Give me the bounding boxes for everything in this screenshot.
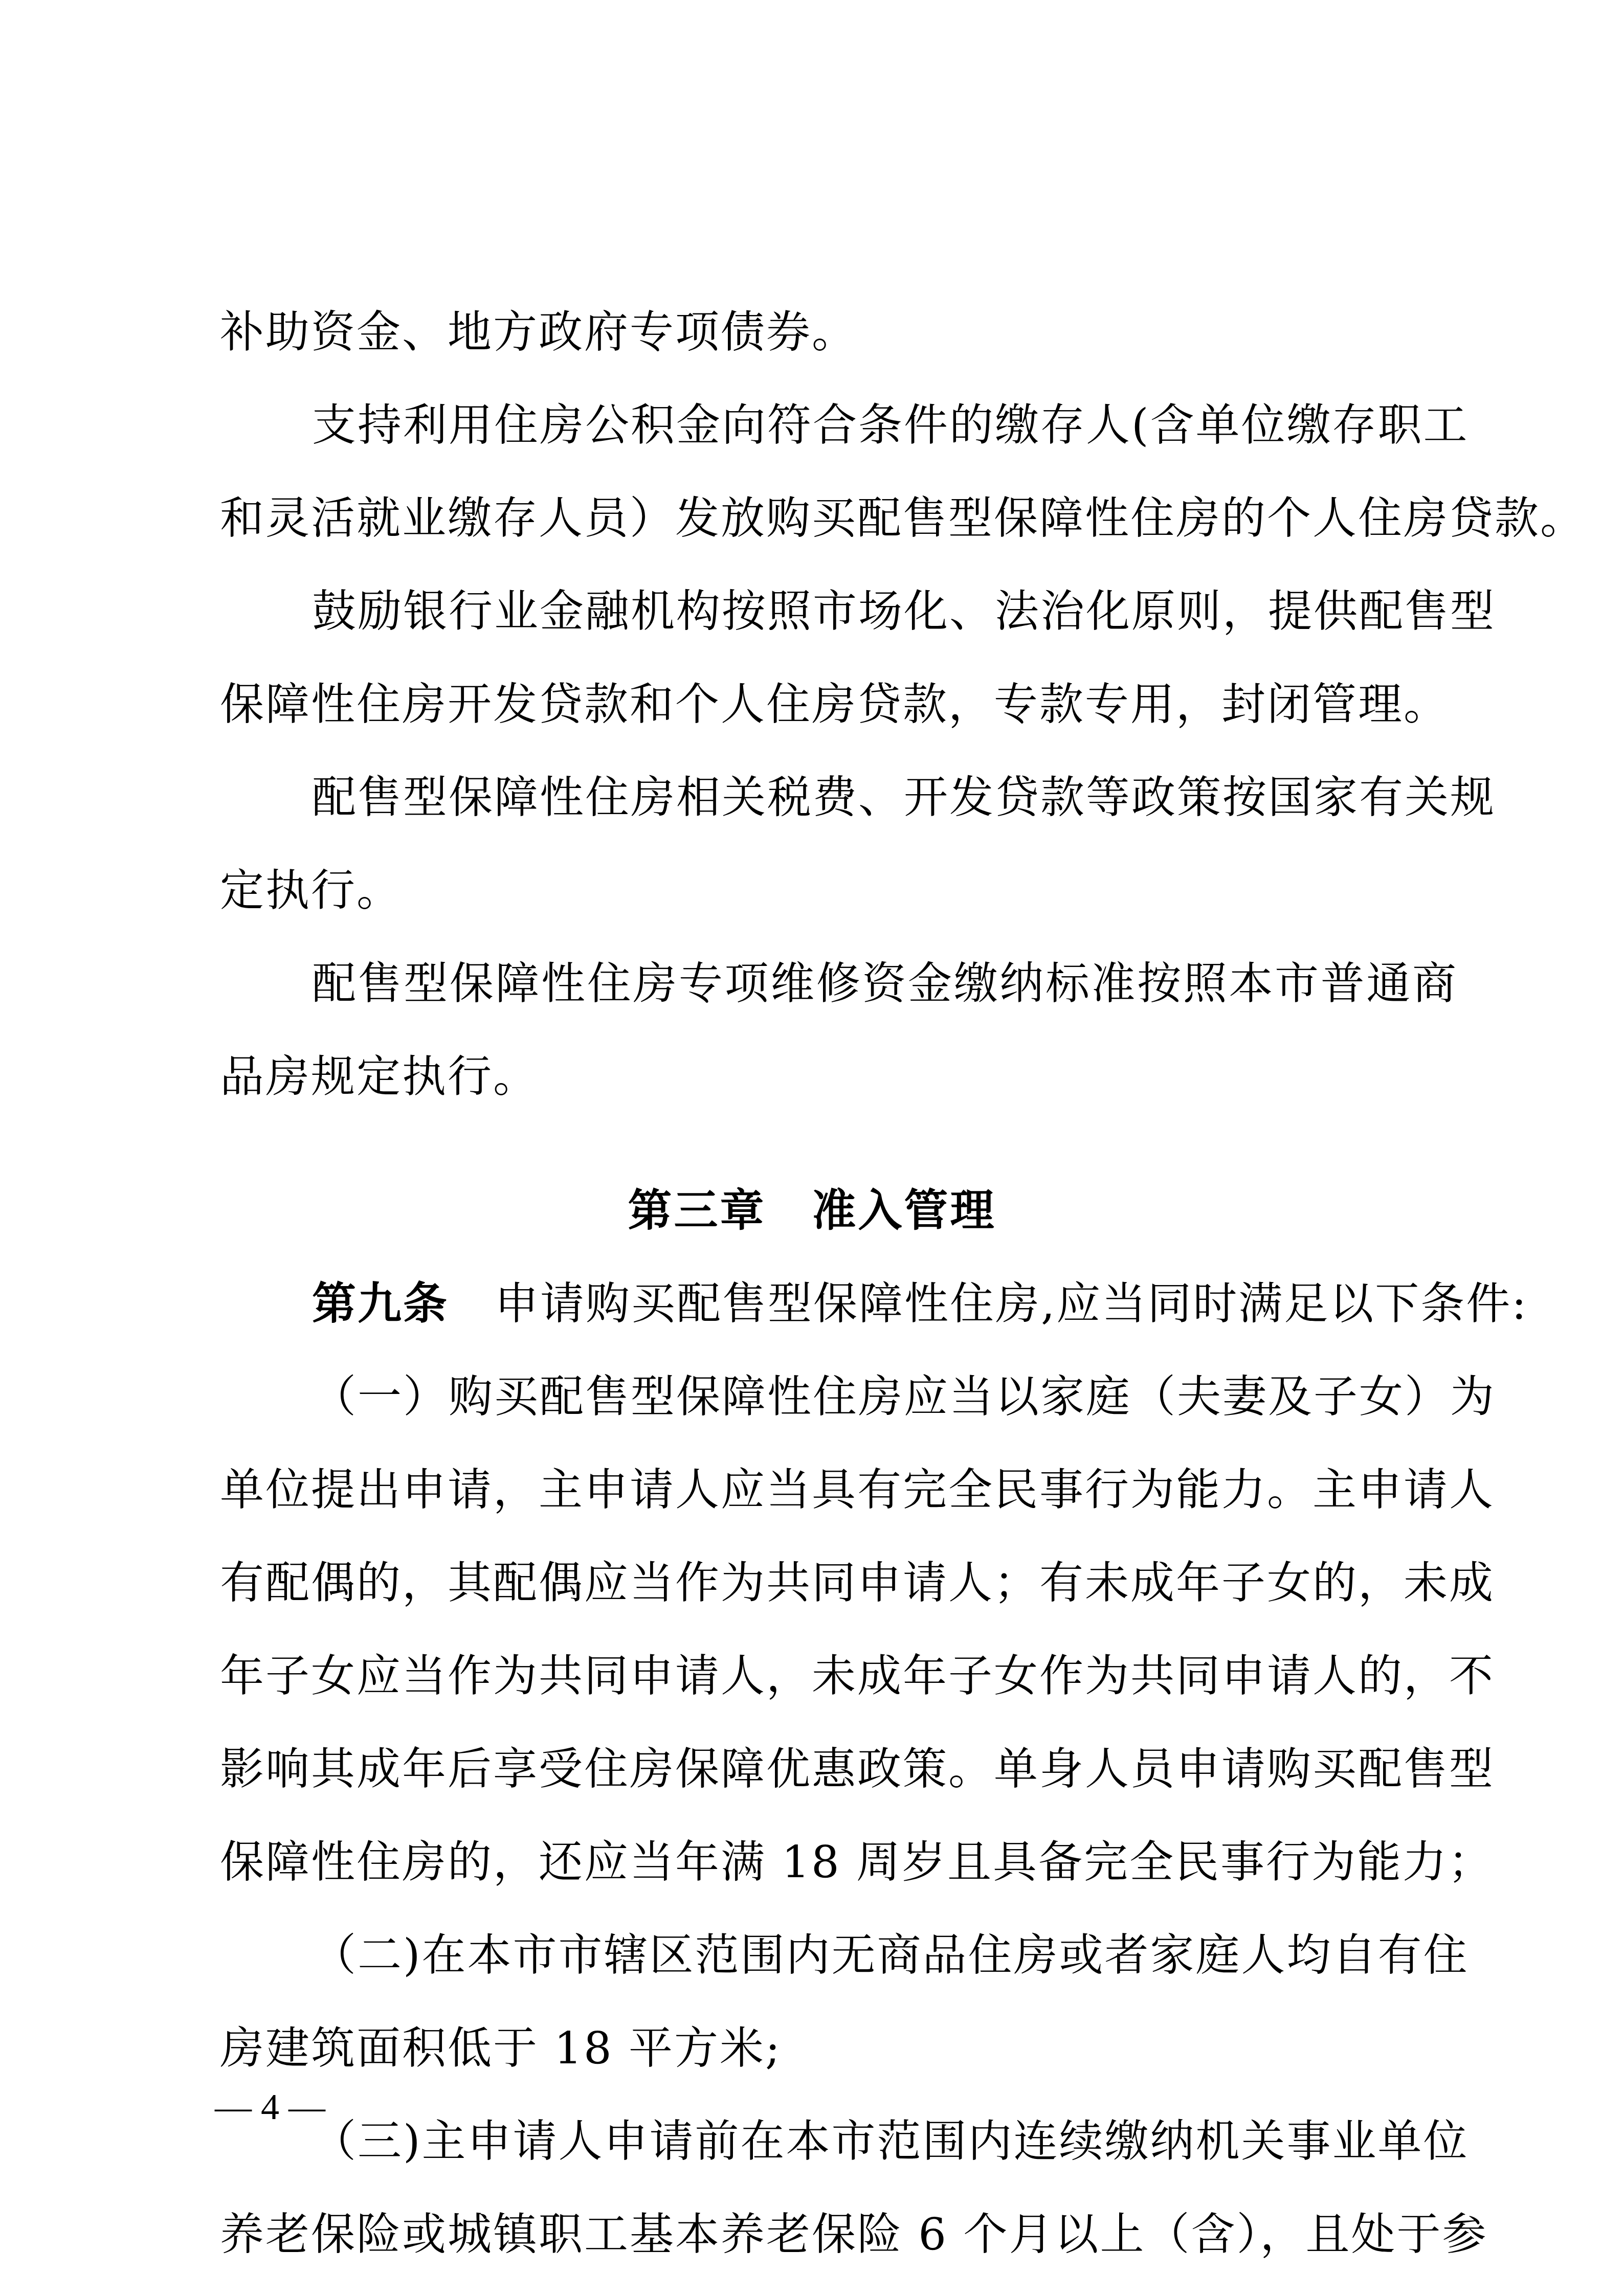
paragraph-line: 鼓励银行业金融机构按照市场化、法治化原则，提供配售型 <box>312 581 1458 642</box>
item-line: 有配偶的，其配偶应当作为共同申请人；有未成年子女的，未成 <box>220 1552 1458 1614</box>
article-label: 第九条 <box>312 1278 449 1330</box>
item-line: （一）购买配售型保障性住房应当以家庭（夫妻及子女）为 <box>312 1366 1458 1428</box>
paragraph-line: 配售型保障性住房专项维修资金缴纳标准按照本市普通商 <box>312 953 1458 1015</box>
item-line: （二)在本市市辖区范围内无商品住房或者家庭人均自有住 <box>312 1925 1458 1986</box>
paragraph-line: 定执行。 <box>220 860 1458 921</box>
chapter-heading: 第三章准入管理 <box>0 1180 1624 1242</box>
item-line: 保障性住房的，还应当年满 18 周岁且具备完全民事行为能力； <box>220 1832 1458 1893</box>
item-line: （三)主申请人申请前在本市范围内连续缴纳机关事业单位 <box>312 2111 1458 2172</box>
chapter-title: 准入管理 <box>812 1185 996 1236</box>
item-line: 房建筑面积低于 18 平方米; <box>220 2018 1458 2079</box>
article-line: 第九条申请购买配售型保障性住房,应当同时满足以下条件: <box>312 1273 1458 1335</box>
page-number: — 4 — <box>215 2081 325 2132</box>
paragraph-line: 补助资金、地方政府专项债券。 <box>220 302 1458 363</box>
paragraph-line: 品房规定执行。 <box>220 1046 1458 1108</box>
item-line: 年子女应当作为共同申请人，未成年子女作为共同申请人的，不 <box>220 1646 1458 1707</box>
paragraph-line: 支持利用住房公积金向符合条件的缴存人(含单位缴存职工 <box>312 395 1458 456</box>
paragraph-line: 保障性住房开发贷款和个人住房贷款，专款专用，封闭管理。 <box>220 674 1458 735</box>
paragraph-line: 和灵活就业缴存人员）发放购买配售型保障性住房的个人住房贷款。 <box>220 488 1458 549</box>
item-line: 养老保险或城镇职工基本养老保险 6 个月以上（含），且处于参 <box>220 2204 1458 2265</box>
paragraph-line: 配售型保障性住房相关税费、开发贷款等政策按国家有关规 <box>312 767 1458 828</box>
document-page: 补助资金、地方政府专项债券。 支持利用住房公积金向符合条件的缴存人(含单位缴存职… <box>0 0 1624 2296</box>
item-line: 单位提出申请，主申请人应当具有完全民事行为能力。主申请人 <box>220 1459 1458 1521</box>
article-intro: 申请购买配售型保障性住房,应当同时满足以下条件: <box>495 1278 1528 1330</box>
chapter-number: 第三章 <box>628 1185 766 1236</box>
item-line: 影响其成年后享受住房保障优惠政策。单身人员申请购买配售型 <box>220 1739 1458 1800</box>
